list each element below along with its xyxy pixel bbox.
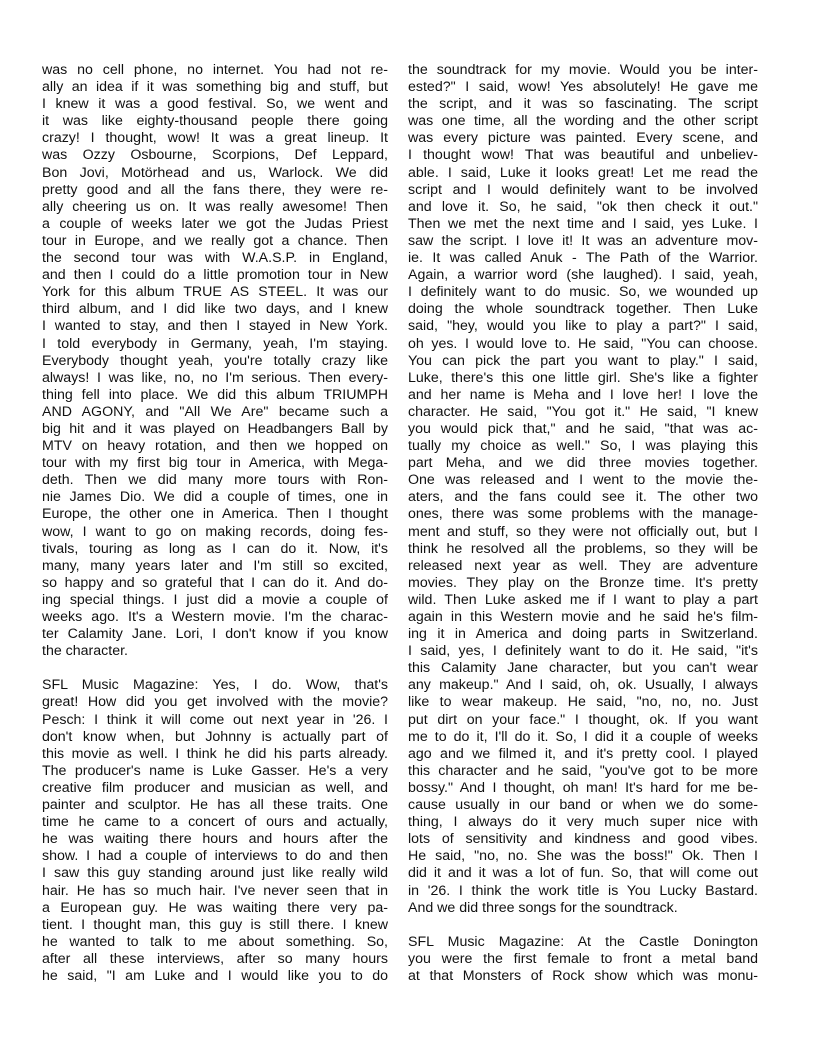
text-line: any makeup." And I said, oh, ok. Usually… [408, 677, 758, 694]
text-line: he was waiting there hours and hours aft… [42, 831, 388, 848]
text-line: Pesch: I think it will come out next yea… [42, 712, 388, 729]
text-line: doing the whole soundtrack together. The… [408, 301, 758, 318]
text-line: oh yes. I would love to. He said, "You c… [408, 336, 758, 353]
text-line: cause usually in our band or when we do … [408, 797, 758, 814]
text-line: the character. [42, 643, 388, 660]
text-line: pretty good and all the fans there, they… [42, 182, 388, 199]
text-line: tour with my first big tour in America, … [42, 455, 388, 472]
text-line: SFL Music Magazine: At the Castle Doning… [408, 934, 758, 951]
text-line: One was released and I went to the movie… [408, 472, 758, 489]
text-line: crazy! I thought, wow! It was a great li… [42, 130, 388, 147]
text-line: and her name is Meha and I love her! I l… [408, 387, 758, 404]
text-line: ally cheering us on. It was really aweso… [42, 199, 388, 216]
text-line: tour in Europe, and we really got a chan… [42, 233, 388, 250]
text-line: was one time, all the wording and the ot… [408, 113, 758, 130]
text-line: think he resolved all the problems, so t… [408, 541, 758, 558]
text-line: third album, and I did like two days, an… [42, 301, 388, 318]
text-line: and then I could do a little promotion t… [42, 267, 388, 284]
text-line: The producer's name is Luke Gasser. He's… [42, 763, 388, 780]
text-line: time he came to a concert of ours and ac… [42, 814, 388, 831]
text-line: character. He said, "You got it." He sai… [408, 404, 758, 421]
text-line: able. I said, Luke it looks great! Let m… [408, 165, 758, 182]
text-line: big hit and it was played on Headbangers… [42, 421, 388, 438]
text-line: so happy and so grateful that I can do i… [42, 575, 388, 592]
text-line: don't know when, but Johnny is actually … [42, 729, 388, 746]
paragraph: SFL Music Magazine: Yes, I do. Wow, that… [42, 677, 388, 985]
text-line: ter Calamity Jane. Lori, I don't know if… [42, 626, 388, 643]
text-line: He said, "no, no. She was the boss!" Ok.… [408, 848, 758, 865]
text-line: ones, there was some problems with the m… [408, 506, 758, 523]
text-line: ested?" I said, wow! Yes absolutely! He … [408, 79, 758, 96]
text-line: script and I would definitely want to be… [408, 182, 758, 199]
text-line: ally an idea if it was something big and… [42, 79, 388, 96]
text-line: the script, and it was so fascinating. T… [408, 96, 758, 113]
text-line: ie. It was called Anuk - The Path of the… [408, 250, 758, 267]
right-column: the soundtrack for my movie. Would you b… [408, 62, 758, 1002]
text-line: ing it in America and doing parts in Swi… [408, 626, 758, 643]
text-line: wild. Then Luke asked me if I want to pl… [408, 592, 758, 609]
text-line: did it and it was a lot of fun. So, that… [408, 865, 758, 882]
text-line: Bon Jovi, Motörhead and us, Warlock. We … [42, 165, 388, 182]
text-line: movies. They play on the Bronze time. It… [408, 575, 758, 592]
text-line: nie James Dio. We did a couple of times,… [42, 489, 388, 506]
text-line: you would pick that," and he said, "that… [408, 421, 758, 438]
text-line: I definitely want to do music. So, we wo… [408, 284, 758, 301]
paragraph: was no cell phone, no internet. You had … [42, 62, 388, 660]
text-line: always! I was like, no, no I'm serious. … [42, 370, 388, 387]
text-line: part Meha, and we did three movies toget… [408, 455, 758, 472]
text-line: was Ozzy Osbourne, Scorpions, Def Leppar… [42, 147, 388, 164]
text-line: I said, yes, I definitely want to do it.… [408, 643, 758, 660]
text-line: the soundtrack for my movie. Would you b… [408, 62, 758, 79]
text-line: many, many years later and I'm still so … [42, 558, 388, 575]
text-line: was every picture was painted. Every sce… [408, 130, 758, 147]
text-line: wow, I want to go on making records, doi… [42, 524, 388, 541]
text-line: And we did three songs for the soundtrac… [408, 900, 758, 917]
text-line: the second tour was with W.A.S.P. in Eng… [42, 250, 388, 267]
text-line: put dirt on your face." I thought, ok. I… [408, 712, 758, 729]
text-line: thing, I always do it very much super ni… [408, 814, 758, 831]
text-line: Then we met the next time and I said, ye… [408, 216, 758, 233]
text-line: you were the first female to front a met… [408, 951, 758, 968]
text-line: at that Monsters of Rock show which was … [408, 968, 758, 985]
document-page: was no cell phone, no internet. You had … [0, 0, 816, 1056]
text-line: bossy." And I thought, oh man! It's hard… [408, 780, 758, 797]
text-line: this movie as well. I think he did his p… [42, 746, 388, 763]
text-line: it was like eighty-thousand people there… [42, 113, 388, 130]
text-line: You can pick the part you want to play."… [408, 353, 758, 370]
text-line: ing special things. I just did a movie a… [42, 592, 388, 609]
text-line: he wanted to talk to me about something.… [42, 934, 388, 951]
text-line: he said, "I am Luke and I would like you… [42, 968, 388, 985]
text-line: tually my choice as well." So, I was pla… [408, 438, 758, 455]
text-line: I saw this guy standing around just like… [42, 865, 388, 882]
text-line: ment and stuff, so they were not officia… [408, 524, 758, 541]
text-line: lots of sensitivity and kindness and goo… [408, 831, 758, 848]
text-line: tient. I thought man, this guy is still … [42, 917, 388, 934]
text-line: aters, and the fans could see it. The ot… [408, 489, 758, 506]
text-line: York for this album TRUE AS STEEL. It wa… [42, 284, 388, 301]
text-line: again in this Western movie and he said … [408, 609, 758, 626]
text-line: and love it. So, he said, "ok then check… [408, 199, 758, 216]
text-line: like to wear makeup. He said, "no, no, n… [408, 694, 758, 711]
text-line: AND AGONY, and "All We Are" became such … [42, 404, 388, 421]
text-line: Europe, the other one in America. Then I… [42, 506, 388, 523]
text-line: a European guy. He was waiting there ver… [42, 900, 388, 917]
text-line: great! How did you get involved with the… [42, 694, 388, 711]
text-line: after all these interviews, after so man… [42, 951, 388, 968]
text-line: saw the script. I love it! It was an adv… [408, 233, 758, 250]
text-line: MTV on heavy rotation, and then we hoppe… [42, 438, 388, 455]
text-line: Luke, there's this one little girl. She'… [408, 370, 758, 387]
text-line: released next year as well. They are adv… [408, 558, 758, 575]
text-line: in '26. I think the work title is You Lu… [408, 883, 758, 900]
text-line: show. I had a couple of interviews to do… [42, 848, 388, 865]
text-line: SFL Music Magazine: Yes, I do. Wow, that… [42, 677, 388, 694]
text-line: hair. He has so much hair. I've never se… [42, 883, 388, 900]
text-line: Everybody thought yeah, you're totally c… [42, 353, 388, 370]
text-line: said, "hey, would you like to play a par… [408, 318, 758, 335]
text-line: this character and he said, "you've got … [408, 763, 758, 780]
text-line: I wanted to stay, and then I stayed in N… [42, 318, 388, 335]
paragraph: SFL Music Magazine: At the Castle Doning… [408, 934, 758, 985]
paragraph: the soundtrack for my movie. Would you b… [408, 62, 758, 917]
text-line: this Calamity Jane character, but you ca… [408, 660, 758, 677]
text-line: deth. Then we did many more tours with R… [42, 472, 388, 489]
text-line: weeks ago. It's a Western movie. I'm the… [42, 609, 388, 626]
text-line: me to do it, I'll do it. So, I did it a … [408, 729, 758, 746]
text-line: was no cell phone, no internet. You had … [42, 62, 388, 79]
left-column: was no cell phone, no internet. You had … [42, 62, 388, 1002]
text-line: creative film producer and musician as w… [42, 780, 388, 797]
text-line: ago and we filmed it, and it's pretty co… [408, 746, 758, 763]
text-line: Again, a warrior word (she laughed). I s… [408, 267, 758, 284]
text-line: a couple of weeks later we got the Judas… [42, 216, 388, 233]
text-line: thing fell into place. We did this album… [42, 387, 388, 404]
text-line: I knew it was a good festival. So, we we… [42, 96, 388, 113]
text-line: tivals, touring as long as I can do it. … [42, 541, 388, 558]
text-line: painter and sculptor. He has all these t… [42, 797, 388, 814]
text-line: I thought wow! That was beautiful and un… [408, 147, 758, 164]
text-line: I told everybody in Germany, yeah, I'm s… [42, 336, 388, 353]
